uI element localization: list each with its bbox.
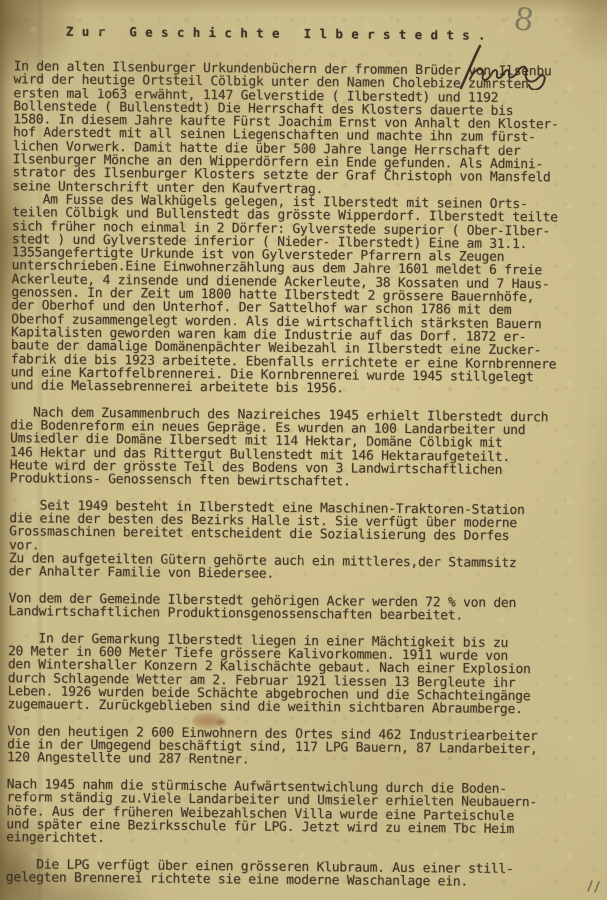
paragraph-land-reform: Nach dem Zusammenbruch des Nazireiches 1…: [10, 406, 604, 491]
pencil-corner-strokes: [583, 877, 603, 895]
handwritten-ink-scribble: [448, 42, 558, 90]
document-page: Z u r G e s c h i c h t e I l b e r s t …: [0, 0, 607, 900]
paragraph-cooperative-share: Von dem der Gemeinde Ilberstedt gehörige…: [8, 592, 601, 624]
typewritten-text-block: Z u r G e s c h i c h t e I l b e r s t …: [0, 0, 607, 890]
paragraph-post-1945: Nach 1945 nahm die stürmische Aufwärtsen…: [6, 778, 600, 850]
paragraph-history-origins: In den alten Ilsenburger Urkundenbüchern…: [10, 60, 606, 398]
paragraph-lpg-clubroom: Die LPG verfügt über einen grösseren Klu…: [6, 858, 599, 890]
paragraph-mts-station: Seit 1949 besteht in Ilberstedt eine Mas…: [9, 499, 603, 584]
paragraph-population: Von den heutigen 2 600 Einwohnern des Or…: [7, 725, 600, 771]
paragraph-potash-mining: In der Gemarkung Ilberstedt liegen in ei…: [7, 632, 601, 717]
